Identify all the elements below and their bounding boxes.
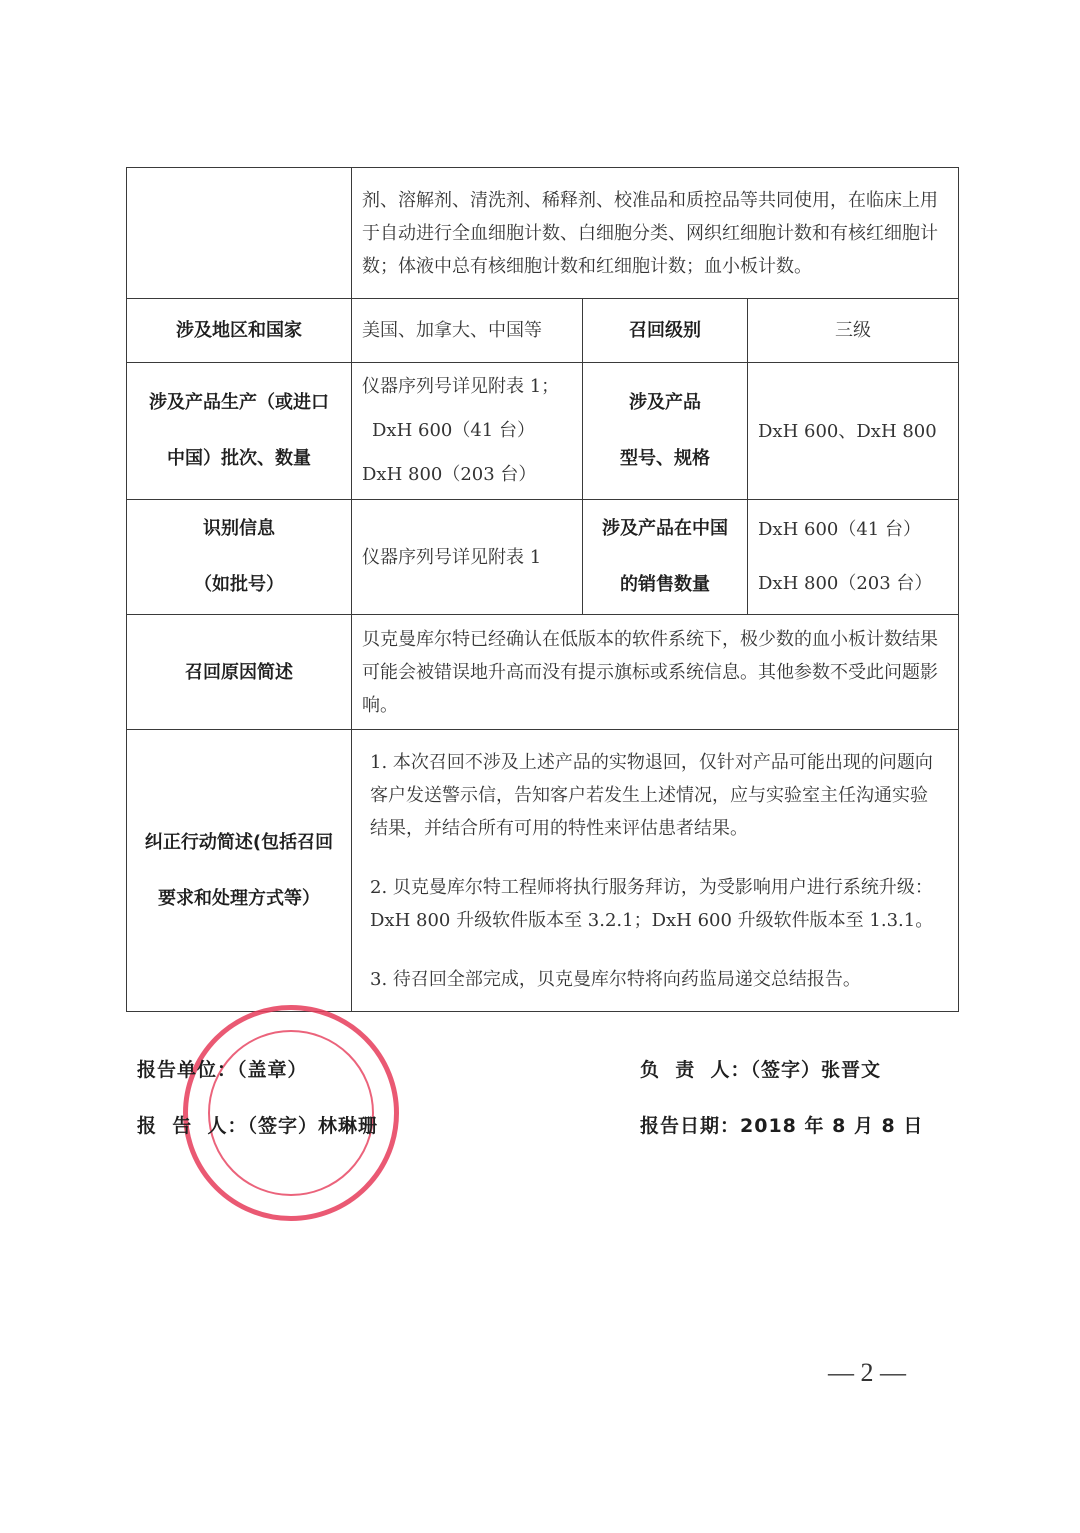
action-item-3: 3. 待召回全部完成，贝克曼库尔特将向药监局递交总结报告。: [370, 963, 940, 996]
report-unit: 报告单位：（盖章）: [137, 1055, 308, 1082]
regions-label: 涉及地区和国家: [127, 299, 352, 363]
action-label-line2: 要求和处理方式等）: [127, 871, 351, 927]
batch-row: 涉及产品生产（或进口 中国）批次、数量 仪器序列号详见附表 1； DxH 600…: [127, 363, 959, 500]
sales-values: DxH 600（41 台） DxH 800（203 台）: [748, 500, 959, 615]
action-row: 纠正行动简述(包括召回 要求和处理方式等） 1. 本次召回不涉及上述产品的实物退…: [127, 730, 959, 1012]
action-label-line1: 纠正行动简述(包括召回: [127, 815, 351, 871]
model-label-line2: 型号、规格: [583, 431, 747, 487]
model-value: DxH 600、DxH 800: [748, 363, 959, 500]
reason-label: 召回原因简述: [127, 615, 352, 730]
responsible-signature: 负 责 人：（签字）张晋文: [640, 1055, 881, 1082]
report-date: 报告日期：2018 年 8 月 8 日: [640, 1111, 923, 1138]
sales-dxh600: DxH 600（41 台）: [758, 503, 948, 557]
action-items: 1. 本次召回不涉及上述产品的实物退回，仅针对产品可能出现的问题向客户发送警示信…: [352, 730, 959, 1012]
reason-row: 召回原因简述 贝克曼库尔特已经确认在低版本的软件系统下，极少数的血小板计数结果可…: [127, 615, 959, 730]
id-label-line2: （如批号）: [127, 557, 351, 613]
batch-serial-note: 仪器序列号详见附表 1；: [362, 365, 572, 409]
batch-label-line2: 中国）批次、数量: [127, 431, 351, 487]
batch-values: 仪器序列号详见附表 1； DxH 600（41 台） DxH 800（203 台…: [352, 363, 583, 500]
model-label-line1: 涉及产品: [583, 375, 747, 431]
batch-dxh600: DxH 600（41 台）: [362, 409, 572, 453]
reporter-signature: 报 告 人：（签字）林琳珊: [137, 1111, 378, 1138]
regions-row: 涉及地区和国家 美国、加拿大、中国等 召回级别 三级: [127, 299, 959, 363]
batch-label: 涉及产品生产（或进口 中国）批次、数量: [127, 363, 352, 500]
scope-row: 剂、溶解剂、清洗剂、稀释剂、校准品和质控品等共同使用，在临床上用于自动进行全血细…: [127, 168, 959, 299]
recall-level-value: 三级: [748, 299, 959, 363]
id-value: 仪器序列号详见附表 1: [352, 500, 583, 615]
page-number: — 2 —: [828, 1358, 906, 1388]
sales-dxh800: DxH 800（203 台）: [758, 557, 948, 611]
sales-label-line2: 的销售数量: [583, 557, 747, 613]
model-label: 涉及产品 型号、规格: [583, 363, 748, 500]
regions-value: 美国、加拿大、中国等: [352, 299, 583, 363]
identification-row: 识别信息 （如批号） 仪器序列号详见附表 1 涉及产品在中国 的销售数量 DxH…: [127, 500, 959, 615]
batch-label-line1: 涉及产品生产（或进口: [127, 375, 351, 431]
empty-label-cell: [127, 168, 352, 299]
id-label-line1: 识别信息: [127, 501, 351, 557]
scope-continuation: 剂、溶解剂、清洗剂、稀释剂、校准品和质控品等共同使用，在临床上用于自动进行全血细…: [352, 168, 959, 299]
reason-value: 贝克曼库尔特已经确认在低版本的软件系统下，极少数的血小板计数结果可能会被错误地升…: [352, 615, 959, 730]
action-item-2: 2. 贝克曼库尔特工程师将执行服务拜访，为受影响用户进行系统升级：DxH 800…: [370, 871, 940, 937]
action-item-1: 1. 本次召回不涉及上述产品的实物退回，仅针对产品可能出现的问题向客户发送警示信…: [370, 746, 940, 845]
recall-report-table: 剂、溶解剂、清洗剂、稀释剂、校准品和质控品等共同使用，在临床上用于自动进行全血细…: [126, 167, 959, 1012]
action-label: 纠正行动简述(包括召回 要求和处理方式等）: [127, 730, 352, 1012]
sales-label-line1: 涉及产品在中国: [583, 501, 747, 557]
id-label: 识别信息 （如批号）: [127, 500, 352, 615]
sales-label: 涉及产品在中国 的销售数量: [583, 500, 748, 615]
batch-dxh800: DxH 800（203 台）: [362, 453, 572, 497]
recall-level-label: 召回级别: [583, 299, 748, 363]
